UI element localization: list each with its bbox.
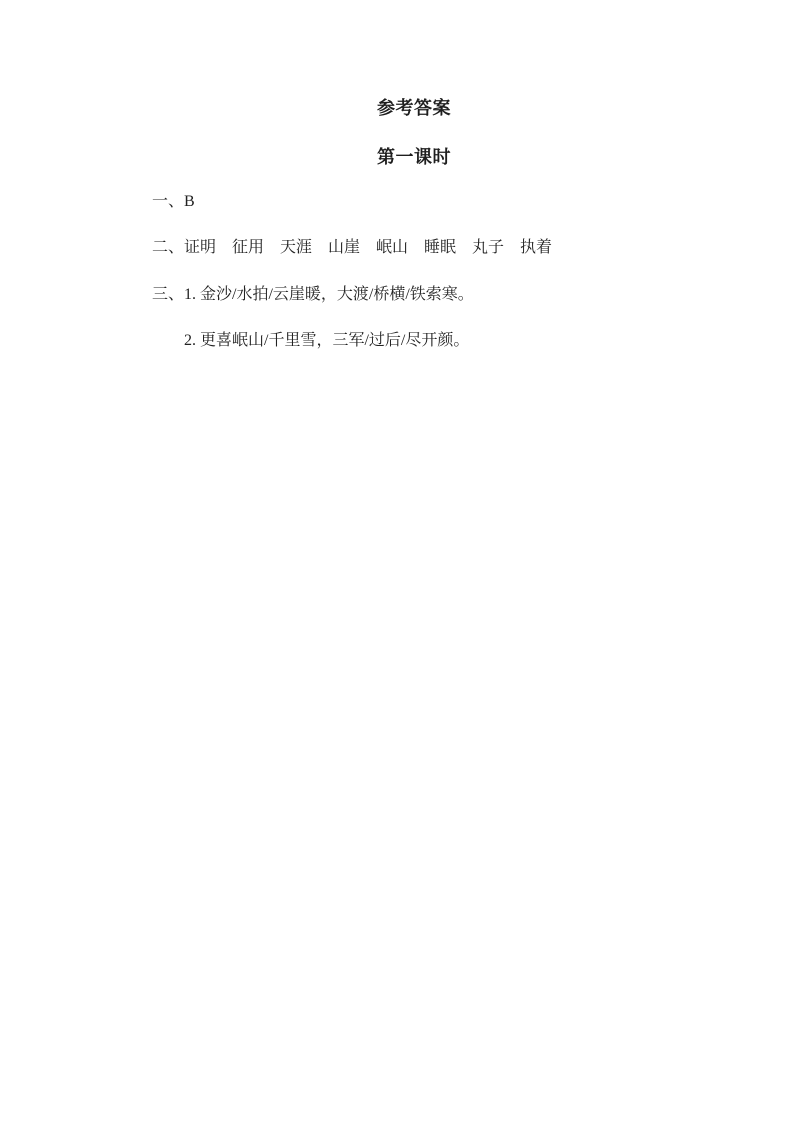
answer-line-4: 2. 更喜岷山/千里雪，三军/过后/尽开颜。 [152,330,676,352]
document-title: 参考答案 [152,96,676,120]
document-page: 参考答案 第一课时 一、B 二、证明 征用 天涯 山崖 岷山 睡眠 丸子 执着 … [0,0,793,1122]
content-column: 参考答案 第一课时 一、B 二、证明 征用 天涯 山崖 岷山 睡眠 丸子 执着 … [152,0,676,1122]
answer-line-2: 二、证明 征用 天涯 山崖 岷山 睡眠 丸子 执着 [152,237,676,259]
answer-line-3: 三、1. 金沙/水拍/云崖暖，大渡/桥横/铁索寒。 [152,284,676,306]
answer-line-1: 一、B [152,191,676,213]
lesson-heading: 第一课时 [152,145,676,169]
